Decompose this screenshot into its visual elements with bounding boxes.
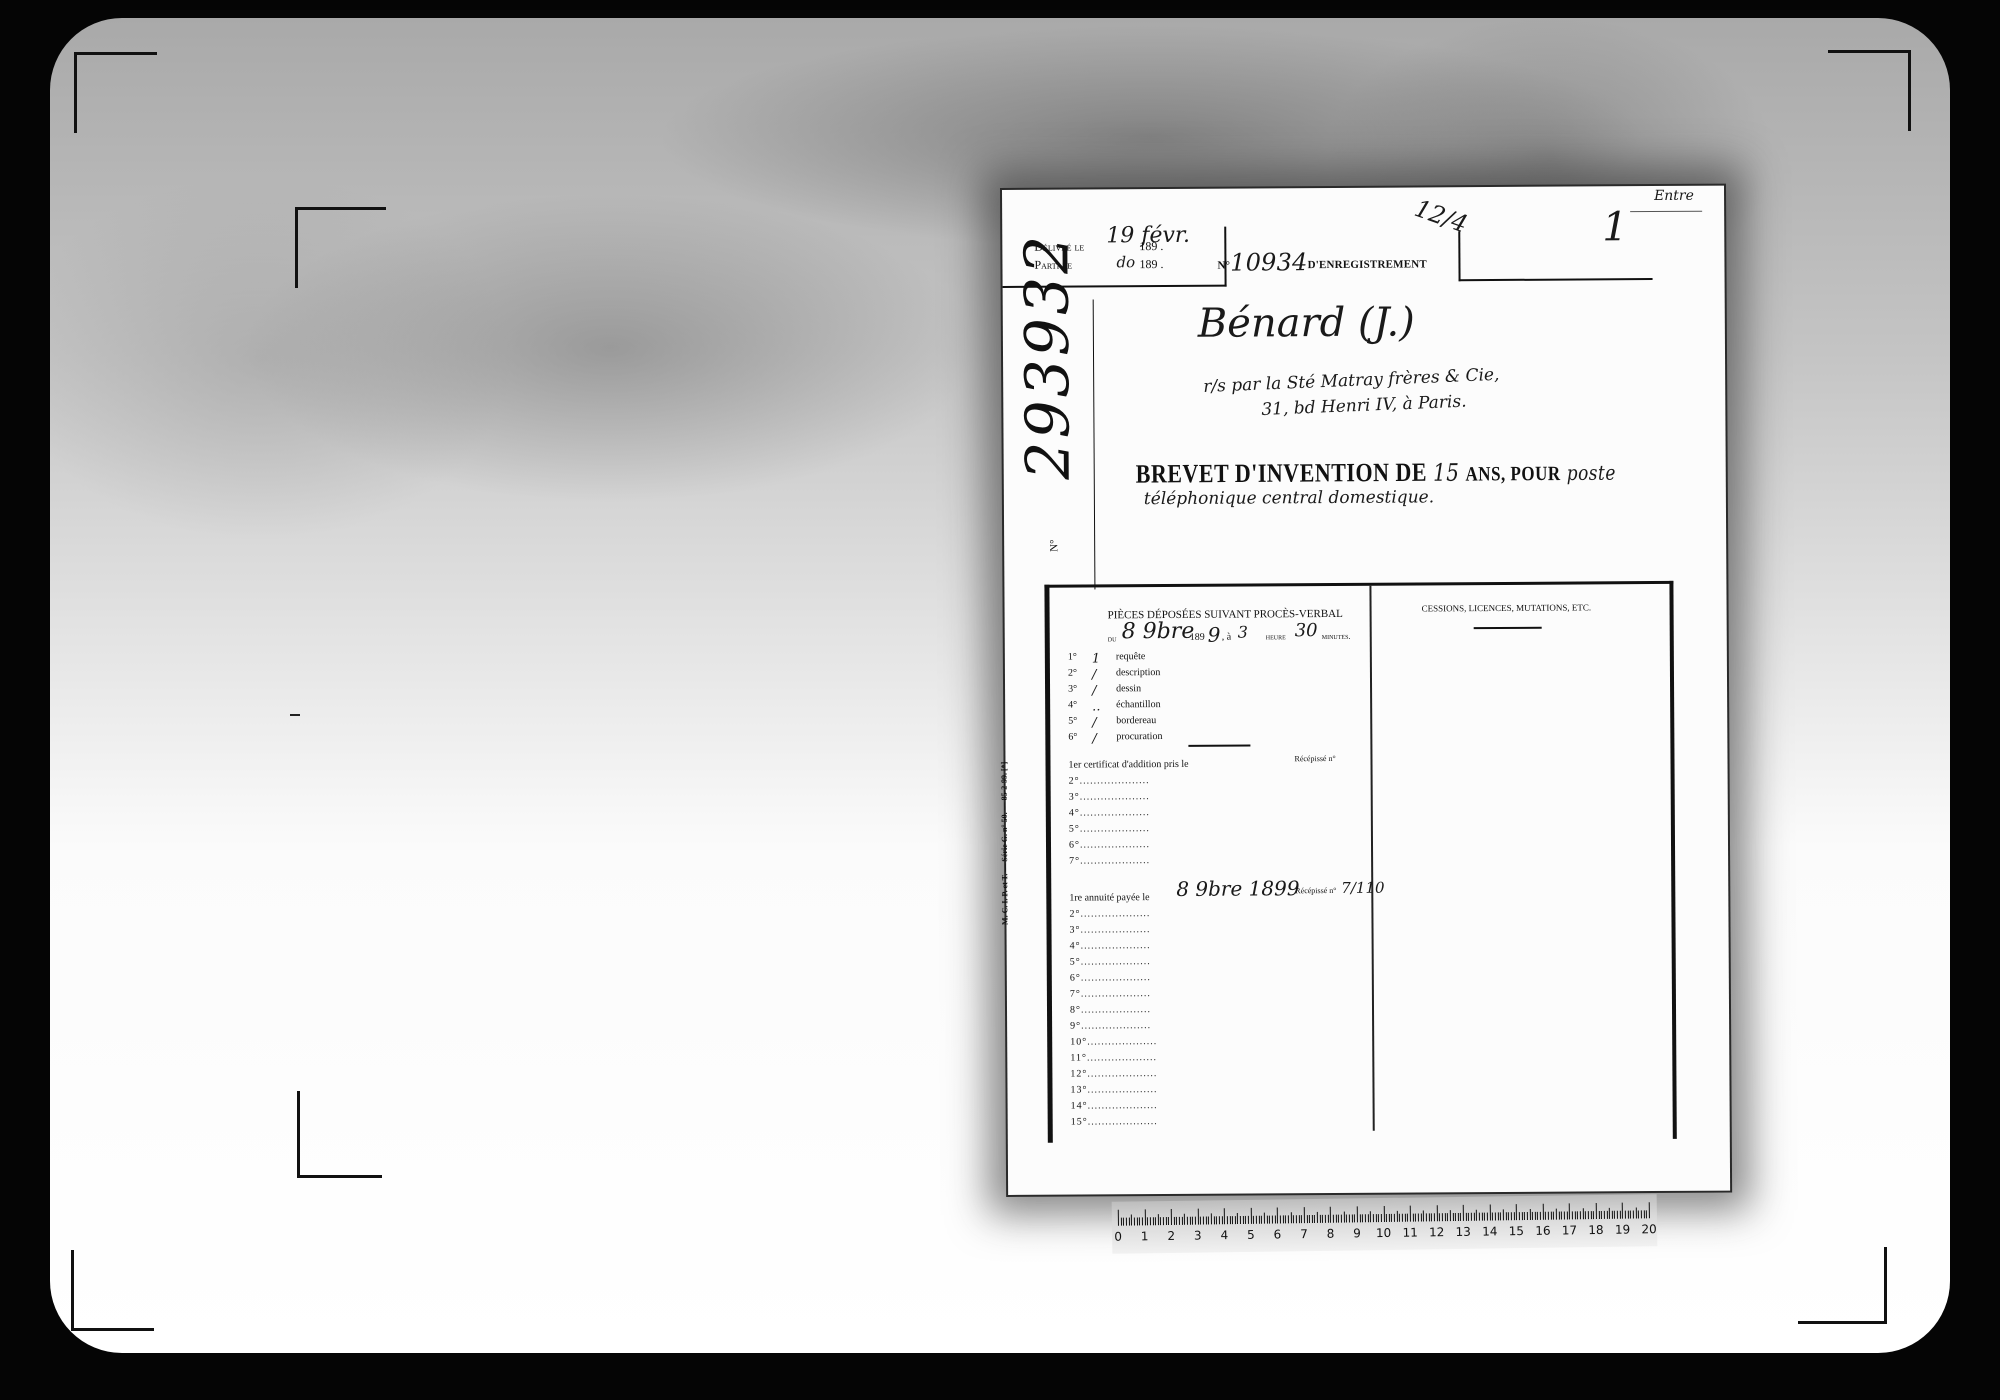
ruler-tick <box>1622 1203 1623 1219</box>
ruler-tick <box>1625 1211 1626 1219</box>
certificate-receipt-label: Récépissé n° <box>1294 754 1335 763</box>
ruler-tick <box>1646 1210 1647 1218</box>
piece-number: 4° <box>1068 700 1077 711</box>
patent-title: BREVET D'INVENTION DE 15 ANS, POUR poste <box>1136 456 1616 490</box>
ruler-tick <box>1237 1213 1238 1224</box>
annuity-row: 11°.................... <box>1070 1052 1157 1064</box>
pieces-minutes-value: 30 <box>1295 620 1318 641</box>
ruler-tick <box>1229 1216 1230 1224</box>
piece-count: 1 <box>1092 651 1100 666</box>
ruler-label: 5 <box>1247 1228 1255 1242</box>
ruler-tick <box>1288 1215 1289 1223</box>
ruler-tick <box>1479 1213 1480 1221</box>
ruler-tick <box>1341 1215 1342 1223</box>
annuity-row: 13°.................... <box>1070 1084 1157 1096</box>
ruler-tick <box>1216 1216 1217 1224</box>
ruler-label: 9 <box>1353 1226 1361 1240</box>
ruler-tick <box>1630 1211 1631 1219</box>
ruler-tick <box>1394 1214 1395 1222</box>
ruler-tick <box>1312 1215 1313 1223</box>
ruler-label: 20 <box>1641 1222 1656 1236</box>
ruler-tick <box>1269 1216 1270 1224</box>
ruler-tick <box>1256 1216 1257 1224</box>
registration: N°10934D'ENREGISTREMENT <box>1217 245 1427 274</box>
cessions-heading: CESSIONS, LICENCES, MUTATIONS, ETC. <box>1422 602 1592 613</box>
patent-document: Délivré le 19 févr. 189 . Parti le do 18… <box>1002 186 1730 1195</box>
ruler-tick <box>1423 1210 1424 1221</box>
ruler-tick <box>1314 1215 1315 1223</box>
ruler-tick <box>1585 1211 1586 1219</box>
ruler-tick <box>1606 1211 1607 1219</box>
ruler-tick <box>1636 1207 1637 1218</box>
patent-number-prefix: N° <box>1048 539 1060 551</box>
ruler-tick <box>1187 1217 1188 1225</box>
ruler-tick <box>1498 1212 1499 1220</box>
pieces-separator <box>1188 744 1250 746</box>
ruler-tick <box>1259 1216 1260 1224</box>
annuity-receipt-value: 7/110 <box>1341 879 1384 897</box>
title-years-suffix: ANS, POUR <box>1465 462 1560 485</box>
ruler-tick <box>1638 1210 1639 1218</box>
number-column-rule <box>1093 299 1096 589</box>
speck <box>290 714 300 716</box>
ruler-tick <box>1574 1211 1575 1219</box>
ruler-tick <box>1354 1214 1355 1222</box>
ruler-tick <box>1235 1216 1236 1224</box>
ruler-tick <box>1343 1212 1344 1223</box>
ruler-tick <box>1535 1212 1536 1220</box>
certificate-row: 5°.................... <box>1069 823 1150 834</box>
corner-note-line <box>1630 211 1702 212</box>
ruler-tick <box>1540 1212 1541 1220</box>
pieces-du-label: du <box>1108 633 1117 643</box>
crop-mark-bottom-right <box>1798 1247 1887 1324</box>
ruler-tick <box>1556 1209 1557 1220</box>
header-box2-left <box>1458 231 1460 281</box>
ruler-tick <box>1203 1217 1204 1225</box>
ruler-tick <box>1301 1215 1302 1223</box>
ruler-tick <box>1421 1213 1422 1221</box>
ruler-tick <box>1328 1215 1329 1223</box>
ruler-tick <box>1325 1215 1326 1223</box>
ruler-tick <box>1577 1211 1578 1219</box>
left-value: do <box>1116 253 1135 271</box>
ruler-ticks: 01234567891011121314151617181920 <box>1118 1212 1649 1239</box>
ruler-tick <box>1505 1212 1506 1220</box>
ruler-tick <box>1158 1214 1159 1225</box>
ruler-tick <box>1399 1214 1400 1222</box>
ruler-tick <box>1519 1212 1520 1220</box>
annuity-row: 15°.................... <box>1071 1116 1158 1128</box>
ruler-tick <box>1346 1215 1347 1223</box>
ruler-tick <box>1197 1209 1198 1225</box>
ruler-tick <box>1537 1212 1538 1220</box>
registration-prefix: N° <box>1217 260 1230 272</box>
ruler-tick <box>1298 1215 1299 1223</box>
ruler-tick <box>1131 1215 1132 1226</box>
ruler-tick <box>1460 1213 1461 1221</box>
ruler-tick <box>1649 1202 1650 1218</box>
ruler-label: 14 <box>1482 1224 1497 1238</box>
ruler-label: 2 <box>1167 1229 1175 1243</box>
ruler-tick <box>1330 1207 1331 1223</box>
ruler-tick <box>1221 1216 1222 1224</box>
ruler-tick <box>1190 1217 1191 1225</box>
ruler-label: 4 <box>1220 1228 1228 1242</box>
ruler-tick <box>1155 1217 1156 1225</box>
annuity-row: 2°.................... <box>1069 908 1150 919</box>
ruler-tick <box>1442 1213 1443 1221</box>
piece-number: 5° <box>1068 716 1077 727</box>
ruler-tick <box>1516 1204 1517 1220</box>
ruler-tick <box>1349 1214 1350 1222</box>
ruler-tick <box>1306 1215 1307 1223</box>
ruler-tick <box>1593 1211 1594 1219</box>
piece-label: échantillon <box>1116 699 1161 710</box>
ruler-label: 15 <box>1509 1224 1524 1238</box>
ruler-tick <box>1644 1210 1645 1218</box>
ruler-tick <box>1338 1215 1339 1223</box>
pieces-hour-label: heure <box>1266 632 1286 641</box>
ruler-tick <box>1362 1214 1363 1222</box>
ruler-tick <box>1484 1213 1485 1221</box>
ruler-tick <box>1548 1212 1549 1220</box>
ruler-tick <box>1524 1212 1525 1220</box>
ruler-tick <box>1142 1217 1143 1225</box>
ruler-tick <box>1128 1218 1129 1226</box>
ruler-tick <box>1184 1214 1185 1225</box>
ruler-tick <box>1317 1212 1318 1223</box>
ruler-tick <box>1492 1212 1493 1220</box>
ruler-tick <box>1160 1217 1161 1225</box>
applicant-address: 31, bd Henri IV, à Paris. <box>1261 392 1467 420</box>
ruler-tick <box>1370 1211 1371 1222</box>
ruler-tick <box>1248 1216 1249 1224</box>
ruler-label: 0 <box>1114 1230 1122 1244</box>
piece-count: / <box>1092 731 1096 746</box>
ruler-tick <box>1253 1216 1254 1224</box>
ruler-tick <box>1397 1211 1398 1222</box>
ruler-tick <box>1545 1212 1546 1220</box>
ruler-tick <box>1139 1217 1140 1225</box>
piece-label: dessin <box>1116 683 1141 694</box>
ruler-tick <box>1391 1214 1392 1222</box>
annuity-row: 14°.................... <box>1071 1100 1158 1112</box>
ruler-tick <box>1590 1211 1591 1219</box>
ruler-tick <box>1282 1215 1283 1223</box>
ruler-tick <box>1495 1212 1496 1220</box>
annuity-row: 8°.................... <box>1070 1004 1151 1015</box>
crop-mark-inner-top-left <box>295 207 386 288</box>
piece-count: / <box>1092 715 1096 730</box>
ruler-tick <box>1572 1211 1573 1219</box>
ruler-tick <box>1450 1210 1451 1221</box>
piece-label: description <box>1116 667 1161 678</box>
ruler-tick <box>1527 1212 1528 1220</box>
ruler-tick <box>1474 1213 1475 1221</box>
annuity-first-label: 1re annuité payée le <box>1069 892 1149 903</box>
ruler-tick <box>1123 1218 1124 1226</box>
ruler-tick <box>1468 1213 1469 1221</box>
ruler-tick <box>1521 1212 1522 1220</box>
registration-number: 10934 <box>1230 248 1308 276</box>
delivered-year: 189 . <box>1139 237 1163 255</box>
ruler-tick <box>1407 1214 1408 1222</box>
ruler-tick <box>1452 1213 1453 1221</box>
title-subject-line2: téléphonique central domestique. <box>1144 487 1434 509</box>
printer-note: M. C. I. P. et T. — Série G. n° 50. — 85… <box>999 762 1009 925</box>
registration-label: D'ENREGISTREMENT <box>1308 258 1427 271</box>
ruler-tick <box>1336 1215 1337 1223</box>
ruler-label: 8 <box>1327 1227 1335 1241</box>
piece-label: requête <box>1116 651 1146 662</box>
ruler-tick <box>1633 1211 1634 1219</box>
ruler-tick <box>1601 1211 1602 1219</box>
annuity-row: 9°.................... <box>1070 1020 1151 1031</box>
piece-count: / <box>1092 683 1096 698</box>
ruler-tick <box>1386 1214 1387 1222</box>
piece-count: .. <box>1092 699 1100 714</box>
ruler-tick <box>1163 1217 1164 1225</box>
ruler-tick <box>1304 1207 1305 1223</box>
ruler-tick <box>1245 1216 1246 1224</box>
ruler-tick <box>1503 1209 1504 1220</box>
annuity-first-value: 8 9bre 1899 <box>1176 876 1299 901</box>
ruler-tick <box>1285 1215 1286 1223</box>
patent-number: 293932 <box>1012 270 1083 480</box>
header-box2-bottom <box>1459 278 1653 281</box>
ruler-tick <box>1439 1213 1440 1221</box>
ruler-tick <box>1466 1213 1467 1221</box>
ruler-tick <box>1378 1214 1379 1222</box>
ruler-tick <box>1455 1213 1456 1221</box>
ruler-tick <box>1192 1217 1193 1225</box>
ruler-tick <box>1290 1212 1291 1223</box>
ruler-tick <box>1240 1216 1241 1224</box>
ruler-tick <box>1320 1215 1321 1223</box>
piece-number: 6° <box>1068 732 1077 743</box>
ruler-tick <box>1168 1217 1169 1225</box>
ruler-tick <box>1405 1214 1406 1222</box>
ruler-label: 10 <box>1376 1226 1391 1240</box>
title-subject-line1: poste <box>1567 462 1616 486</box>
ruler-tick <box>1243 1216 1244 1224</box>
ruler-tick <box>1567 1211 1568 1219</box>
ruler-tick <box>1402 1214 1403 1222</box>
ruler-tick <box>1410 1206 1411 1222</box>
ruler-tick <box>1296 1215 1297 1223</box>
certificate-row: 3°.................... <box>1069 791 1150 802</box>
ruler-tick <box>1458 1213 1459 1221</box>
ruler-tick <box>1553 1212 1554 1220</box>
ruler-tick <box>1267 1216 1268 1224</box>
ruler-tick <box>1628 1211 1629 1219</box>
annuity-row: 6°.................... <box>1070 972 1151 983</box>
pieces-hour-value: 3 <box>1238 623 1248 642</box>
ruler-label: 11 <box>1402 1226 1417 1240</box>
pieces-a-label: , à <box>1222 632 1232 643</box>
ruler-tick <box>1126 1218 1127 1226</box>
ruler-tick <box>1582 1208 1583 1219</box>
ruler-tick <box>1561 1212 1562 1220</box>
ruler-label: 16 <box>1535 1224 1550 1238</box>
ruler-tick <box>1277 1207 1278 1223</box>
records-panel: PIÈCES DÉPOSÉES SUIVANT PROCÈS-VERBAL du… <box>1044 581 1676 1143</box>
ruler-tick <box>1641 1210 1642 1218</box>
title-prefix: BREVET D'INVENTION DE <box>1136 457 1427 489</box>
ruler-tick <box>1227 1216 1228 1224</box>
applicant-name: Bénard (J.) <box>1198 299 1415 346</box>
ruler-tick <box>1373 1214 1374 1222</box>
ruler-tick <box>1609 1208 1610 1219</box>
ruler-tick <box>1431 1213 1432 1221</box>
piece-number: 3° <box>1068 684 1077 695</box>
ruler-tick <box>1205 1216 1206 1224</box>
ruler-label: 13 <box>1456 1225 1471 1239</box>
annuity-row: 4°.................... <box>1070 940 1151 951</box>
certificate-row: 4°.................... <box>1069 807 1150 818</box>
ruler-tick <box>1272 1216 1273 1224</box>
ruler-tick <box>1219 1216 1220 1224</box>
ruler-tick <box>1280 1215 1281 1223</box>
annuity-receipt-label: Récépissé n° <box>1295 886 1336 895</box>
ruler-tick <box>1182 1217 1183 1225</box>
ruler-tick <box>1365 1214 1366 1222</box>
ruler-tick <box>1118 1210 1119 1226</box>
ruler-tick <box>1559 1212 1560 1220</box>
annuity-row: 5°.................... <box>1070 956 1151 967</box>
title-years: 15 <box>1433 458 1460 487</box>
ruler-tick <box>1144 1209 1145 1225</box>
ruler-tick <box>1121 1218 1122 1226</box>
certificate-row: 6°.................... <box>1069 839 1150 850</box>
certificate-row: 2°.................... <box>1069 775 1150 786</box>
ruler-tick <box>1463 1205 1464 1221</box>
pieces-minutes-label: minutes. <box>1322 632 1351 641</box>
certificate-row: 7°.................... <box>1069 855 1150 866</box>
ruler-tick <box>1482 1213 1483 1221</box>
ruler-tick <box>1612 1211 1613 1219</box>
crop-mark-inner-bottom-left <box>297 1091 382 1178</box>
corner-mark: 1 <box>1602 204 1628 250</box>
piece-label: procuration <box>1116 731 1162 742</box>
ruler-tick <box>1551 1212 1552 1220</box>
scale-ruler: 01234567891011121314151617181920 <box>1112 1194 1658 1254</box>
ruler-tick <box>1381 1214 1382 1222</box>
piece-label: bordereau <box>1116 715 1156 726</box>
ruler-tick <box>1264 1213 1265 1224</box>
annuity-row: 3°.................... <box>1069 924 1150 935</box>
ruler-tick <box>1487 1213 1488 1221</box>
pieces-list: 1°1requête2°/description3°/dessin4°..éch… <box>1049 584 1669 588</box>
piece-number: 1° <box>1068 652 1077 663</box>
cessions-separator <box>1474 627 1542 629</box>
ruler-tick <box>1152 1217 1153 1225</box>
pieces-year-prefix: 189 <box>1190 632 1205 643</box>
ruler-tick <box>1359 1214 1360 1222</box>
ruler-tick <box>1434 1213 1435 1221</box>
piece-count: / <box>1092 667 1096 682</box>
ruler-tick <box>1513 1212 1514 1220</box>
left-year: 189 . <box>1139 255 1163 273</box>
annuity-row: 7°.................... <box>1070 988 1151 999</box>
ruler-tick <box>1171 1209 1172 1225</box>
piece-number: 2° <box>1068 668 1077 679</box>
ruler-tick <box>1604 1211 1605 1219</box>
ruler-label: 3 <box>1194 1229 1202 1243</box>
panel-divider <box>1369 586 1374 1131</box>
crop-mark-top-left <box>74 52 157 133</box>
ruler-tick <box>1136 1217 1137 1225</box>
ruler-tick <box>1444 1213 1445 1221</box>
certificate-first-label: 1er certificat d'addition pris le <box>1068 759 1188 771</box>
crop-mark-top-right <box>1828 50 1911 131</box>
ruler-tick <box>1293 1215 1294 1223</box>
ruler-tick <box>1436 1205 1437 1221</box>
corner-note: Entre <box>1654 188 1694 204</box>
ruler-tick <box>1200 1217 1201 1225</box>
ruler-tick <box>1208 1216 1209 1224</box>
annuity-list: 2°....................3°................… <box>1049 584 1669 588</box>
ruler-tick <box>1415 1214 1416 1222</box>
ruler-tick <box>1333 1215 1334 1223</box>
ruler-tick <box>1447 1213 1448 1221</box>
ruler-tick <box>1383 1206 1384 1222</box>
ruler-tick <box>1569 1203 1570 1219</box>
ruler-tick <box>1176 1217 1177 1225</box>
ruler-label: 12 <box>1429 1225 1444 1239</box>
ruler-label: 18 <box>1588 1223 1603 1237</box>
ruler-tick <box>1617 1211 1618 1219</box>
ruler-tick <box>1309 1215 1310 1223</box>
ruler-tick <box>1357 1206 1358 1222</box>
ruler-tick <box>1471 1213 1472 1221</box>
ruler-tick <box>1580 1211 1581 1219</box>
ruler-tick <box>1375 1214 1376 1222</box>
crop-mark-bottom-left <box>71 1250 154 1331</box>
ruler-label: 6 <box>1274 1227 1282 1241</box>
ruler-tick <box>1261 1216 1262 1224</box>
ruler-tick <box>1211 1213 1212 1224</box>
pieces-date-value: 8 9bre <box>1122 619 1195 644</box>
ruler-tick <box>1428 1213 1429 1221</box>
ruler-tick <box>1543 1204 1544 1220</box>
ruler-tick <box>1174 1217 1175 1225</box>
ruler-tick <box>1532 1212 1533 1220</box>
ruler-label: 17 <box>1562 1223 1577 1237</box>
certificate-list: 2°....................3°................… <box>1049 584 1669 588</box>
ruler-label: 19 <box>1615 1223 1630 1237</box>
ruler-tick <box>1367 1214 1368 1222</box>
ruler-tick <box>1511 1212 1512 1220</box>
ruler-tick <box>1614 1211 1615 1219</box>
ruler-tick <box>1500 1212 1501 1220</box>
ruler-tick <box>1213 1216 1214 1224</box>
ruler-label: 7 <box>1300 1227 1308 1241</box>
ruler-label: 1 <box>1141 1229 1149 1243</box>
annuity-row: 10°.................... <box>1070 1036 1157 1048</box>
ruler-tick <box>1418 1214 1419 1222</box>
ruler-tick <box>1251 1208 1252 1224</box>
ruler-tick <box>1596 1203 1597 1219</box>
ruler-tick <box>1147 1217 1148 1225</box>
ruler-tick <box>1476 1210 1477 1221</box>
ruler-tick <box>1166 1217 1167 1225</box>
ruler-tick <box>1179 1217 1180 1225</box>
ruler-tick <box>1134 1217 1135 1225</box>
ruler-tick <box>1598 1211 1599 1219</box>
pieces-year-digit: 9 <box>1208 623 1221 647</box>
